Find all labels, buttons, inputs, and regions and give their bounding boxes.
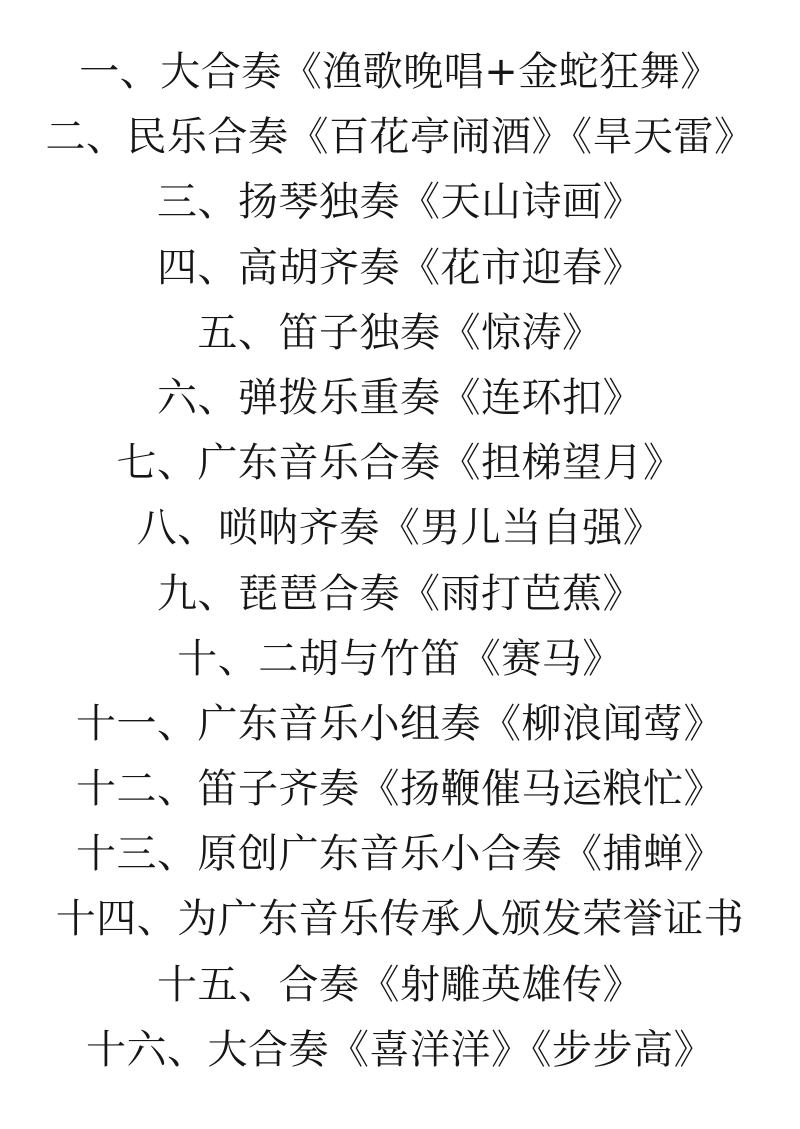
program-item-7: 七、广东音乐合奏《担梯望月》 <box>0 437 800 502</box>
program-item-2: 二、民乐合奏《百花亭闹酒》《旱天雷》 <box>0 111 800 176</box>
program-item-5: 五、笛子独奏《惊涛》 <box>0 307 800 372</box>
program-item-10: 十、二胡与竹笛《赛马》 <box>0 633 800 698</box>
program-item-9: 九、琵琶合奏《雨打芭蕉》 <box>0 568 800 633</box>
program-item-8: 八、唢呐齐奏《男儿当自强》 <box>0 502 800 567</box>
program-item-12: 十二、笛子齐奏《扬鞭催马运粮忙》 <box>0 763 800 828</box>
program-item-14: 十四、为广东音乐传承人颁发荣誉证书 <box>0 893 800 958</box>
program-item-13: 十三、原创广东音乐小合奏《捕蝉》 <box>0 828 800 893</box>
program-item-11: 十一、广东音乐小组奏《柳浪闻莺》 <box>0 698 800 763</box>
program-item-1: 一、大合奏《渔歌晚唱+金蛇狂舞》 <box>0 46 800 111</box>
program-item-6: 六、弹拨乐重奏《连环扣》 <box>0 372 800 437</box>
program-item-4: 四、高胡齐奏《花市迎春》 <box>0 242 800 307</box>
program-item-16: 十六、大合奏《喜洋洋》《步步高》 <box>0 1024 800 1089</box>
program-list: 一、大合奏《渔歌晚唱+金蛇狂舞》 二、民乐合奏《百花亭闹酒》《旱天雷》 三、扬琴… <box>0 46 800 1089</box>
program-item-3: 三、扬琴独奏《天山诗画》 <box>0 176 800 241</box>
program-item-15: 十五、合奏《射雕英雄传》 <box>0 959 800 1024</box>
